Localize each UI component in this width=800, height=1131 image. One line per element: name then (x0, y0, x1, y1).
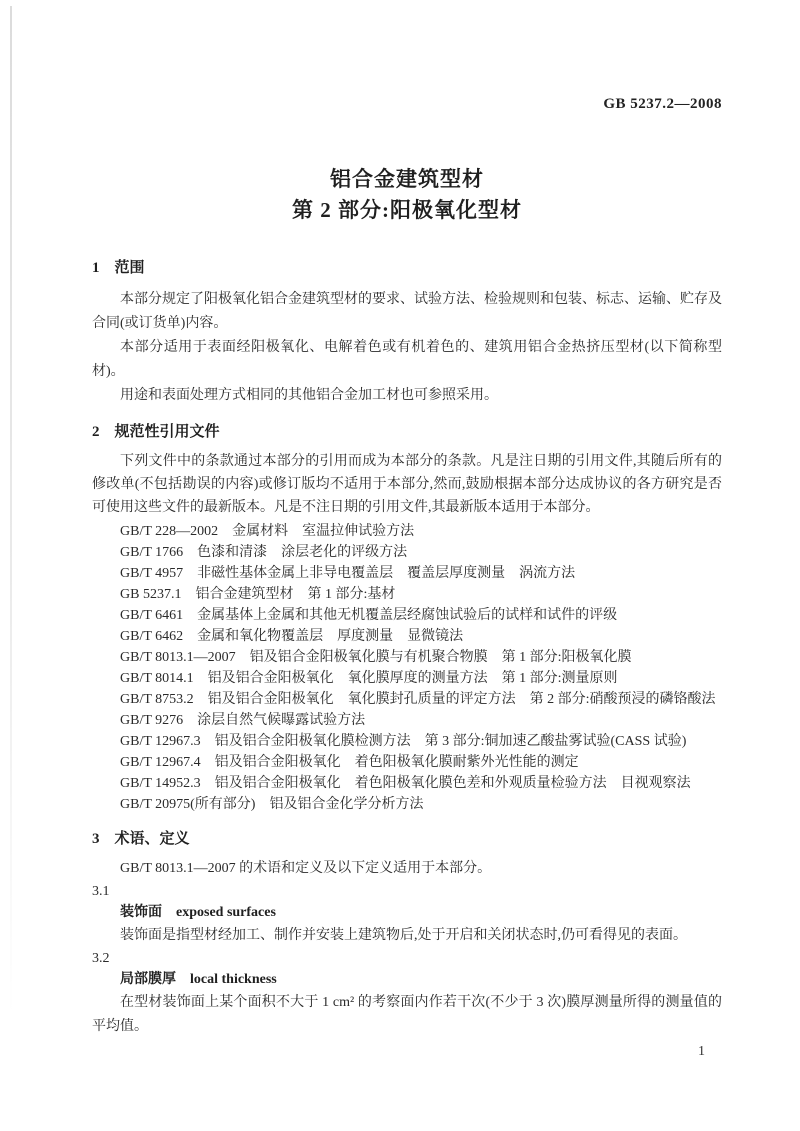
title-line-2: 第 2 部分:阳极氧化型材 (92, 195, 722, 226)
reference-item: GB/T 6462 金属和氧化物覆盖层 厚度测量 显微镜法 (92, 626, 722, 647)
reference-item: GB/T 8753.2 铝及铝合金阳极氧化 氧化膜封孔质量的评定方法 第 2 部… (92, 689, 722, 710)
scope-paragraph-2: 本部分适用于表面经阳极氧化、电解着色或有机着色的、建筑用铝合金热挤压型材(以下简… (92, 336, 722, 384)
reference-item: GB/T 12967.3 铝及铝合金阳极氧化膜检测方法 第 3 部分:铜加速乙酸… (92, 731, 722, 752)
reference-item: GB/T 8014.1 铝及铝合金阳极氧化 氧化膜厚度的测量方法 第 1 部分:… (92, 668, 722, 689)
page-number: 1 (698, 1044, 705, 1060)
reference-item: GB/T 1766 色漆和清漆 涂层老化的评级方法 (92, 542, 722, 563)
reference-item: GB/T 9276 涂层自然气候曝露试验方法 (92, 710, 722, 731)
term-number-3-1: 3.1 (92, 881, 722, 902)
reference-item: GB/T 6461 金属基体上金属和其他无机覆盖层经腐蚀试验后的试样和试件的评级 (92, 605, 722, 626)
reference-item: GB/T 20975(所有部分) 铝及铝合金化学分析方法 (92, 794, 722, 815)
section-3-heading: 3 术语、定义 (92, 829, 722, 849)
term-definition-3-1: 装饰面是指型材经加工、制作并安装上建筑物后,处于开启和关闭状态时,仍可看得见的表… (92, 924, 722, 948)
normative-intro: 下列文件中的条款通过本部分的引用而成为本部分的条款。凡是注日期的引用文件,其随后… (92, 450, 722, 519)
scope-paragraph-1: 本部分规定了阳极氧化铝合金建筑型材的要求、试验方法、检验规则和包装、标志、运输、… (92, 288, 722, 336)
reference-item: GB/T 14952.3 铝及铝合金阳极氧化 着色阳极氧化膜色差和外观质量检验方… (92, 773, 722, 794)
section-1-heading: 1 范围 (92, 258, 722, 278)
reference-item: GB/T 228—2002 金属材料 室温拉伸试验方法 (92, 521, 722, 542)
reference-item: GB/T 8013.1—2007 铝及铝合金阳极氧化膜与有机聚合物膜 第 1 部… (92, 647, 722, 668)
terms-intro: GB/T 8013.1—2007 的术语和定义及以下定义适用于本部分。 (92, 857, 722, 881)
scan-edge-line (10, 6, 12, 1016)
term-name-3-1: 装饰面 exposed surfaces (92, 902, 722, 924)
scope-paragraph-3: 用途和表面处理方式相同的其他铝合金加工材也可参照采用。 (92, 384, 722, 408)
term-name-3-2: 局部膜厚 local thickness (92, 969, 722, 991)
reference-item: GB/T 12967.4 铝及铝合金阳极氧化 着色阳极氧化膜耐紫外光性能的测定 (92, 752, 722, 773)
term-definition-3-2: 在型材装饰面上某个面积不大于 1 cm² 的考察面内作若干次(不少于 3 次)膜… (92, 991, 722, 1039)
section-2-heading: 2 规范性引用文件 (92, 422, 722, 442)
page-content: GB 5237.2—2008 铝合金建筑型材 第 2 部分:阳极氧化型材 1 范… (92, 0, 722, 1039)
document-title: 铝合金建筑型材 第 2 部分:阳极氧化型材 (92, 164, 722, 226)
title-line-1: 铝合金建筑型材 (92, 164, 722, 195)
term-number-3-2: 3.2 (92, 948, 722, 969)
reference-item: GB/T 4957 非磁性基体金属上非导电覆盖层 覆盖层厚度测量 涡流方法 (92, 563, 722, 584)
standard-number: GB 5237.2—2008 (92, 97, 722, 112)
document-page: GB 5237.2—2008 铝合金建筑型材 第 2 部分:阳极氧化型材 1 范… (0, 0, 800, 1131)
reference-item: GB 5237.1 铝合金建筑型材 第 1 部分:基材 (92, 584, 722, 605)
